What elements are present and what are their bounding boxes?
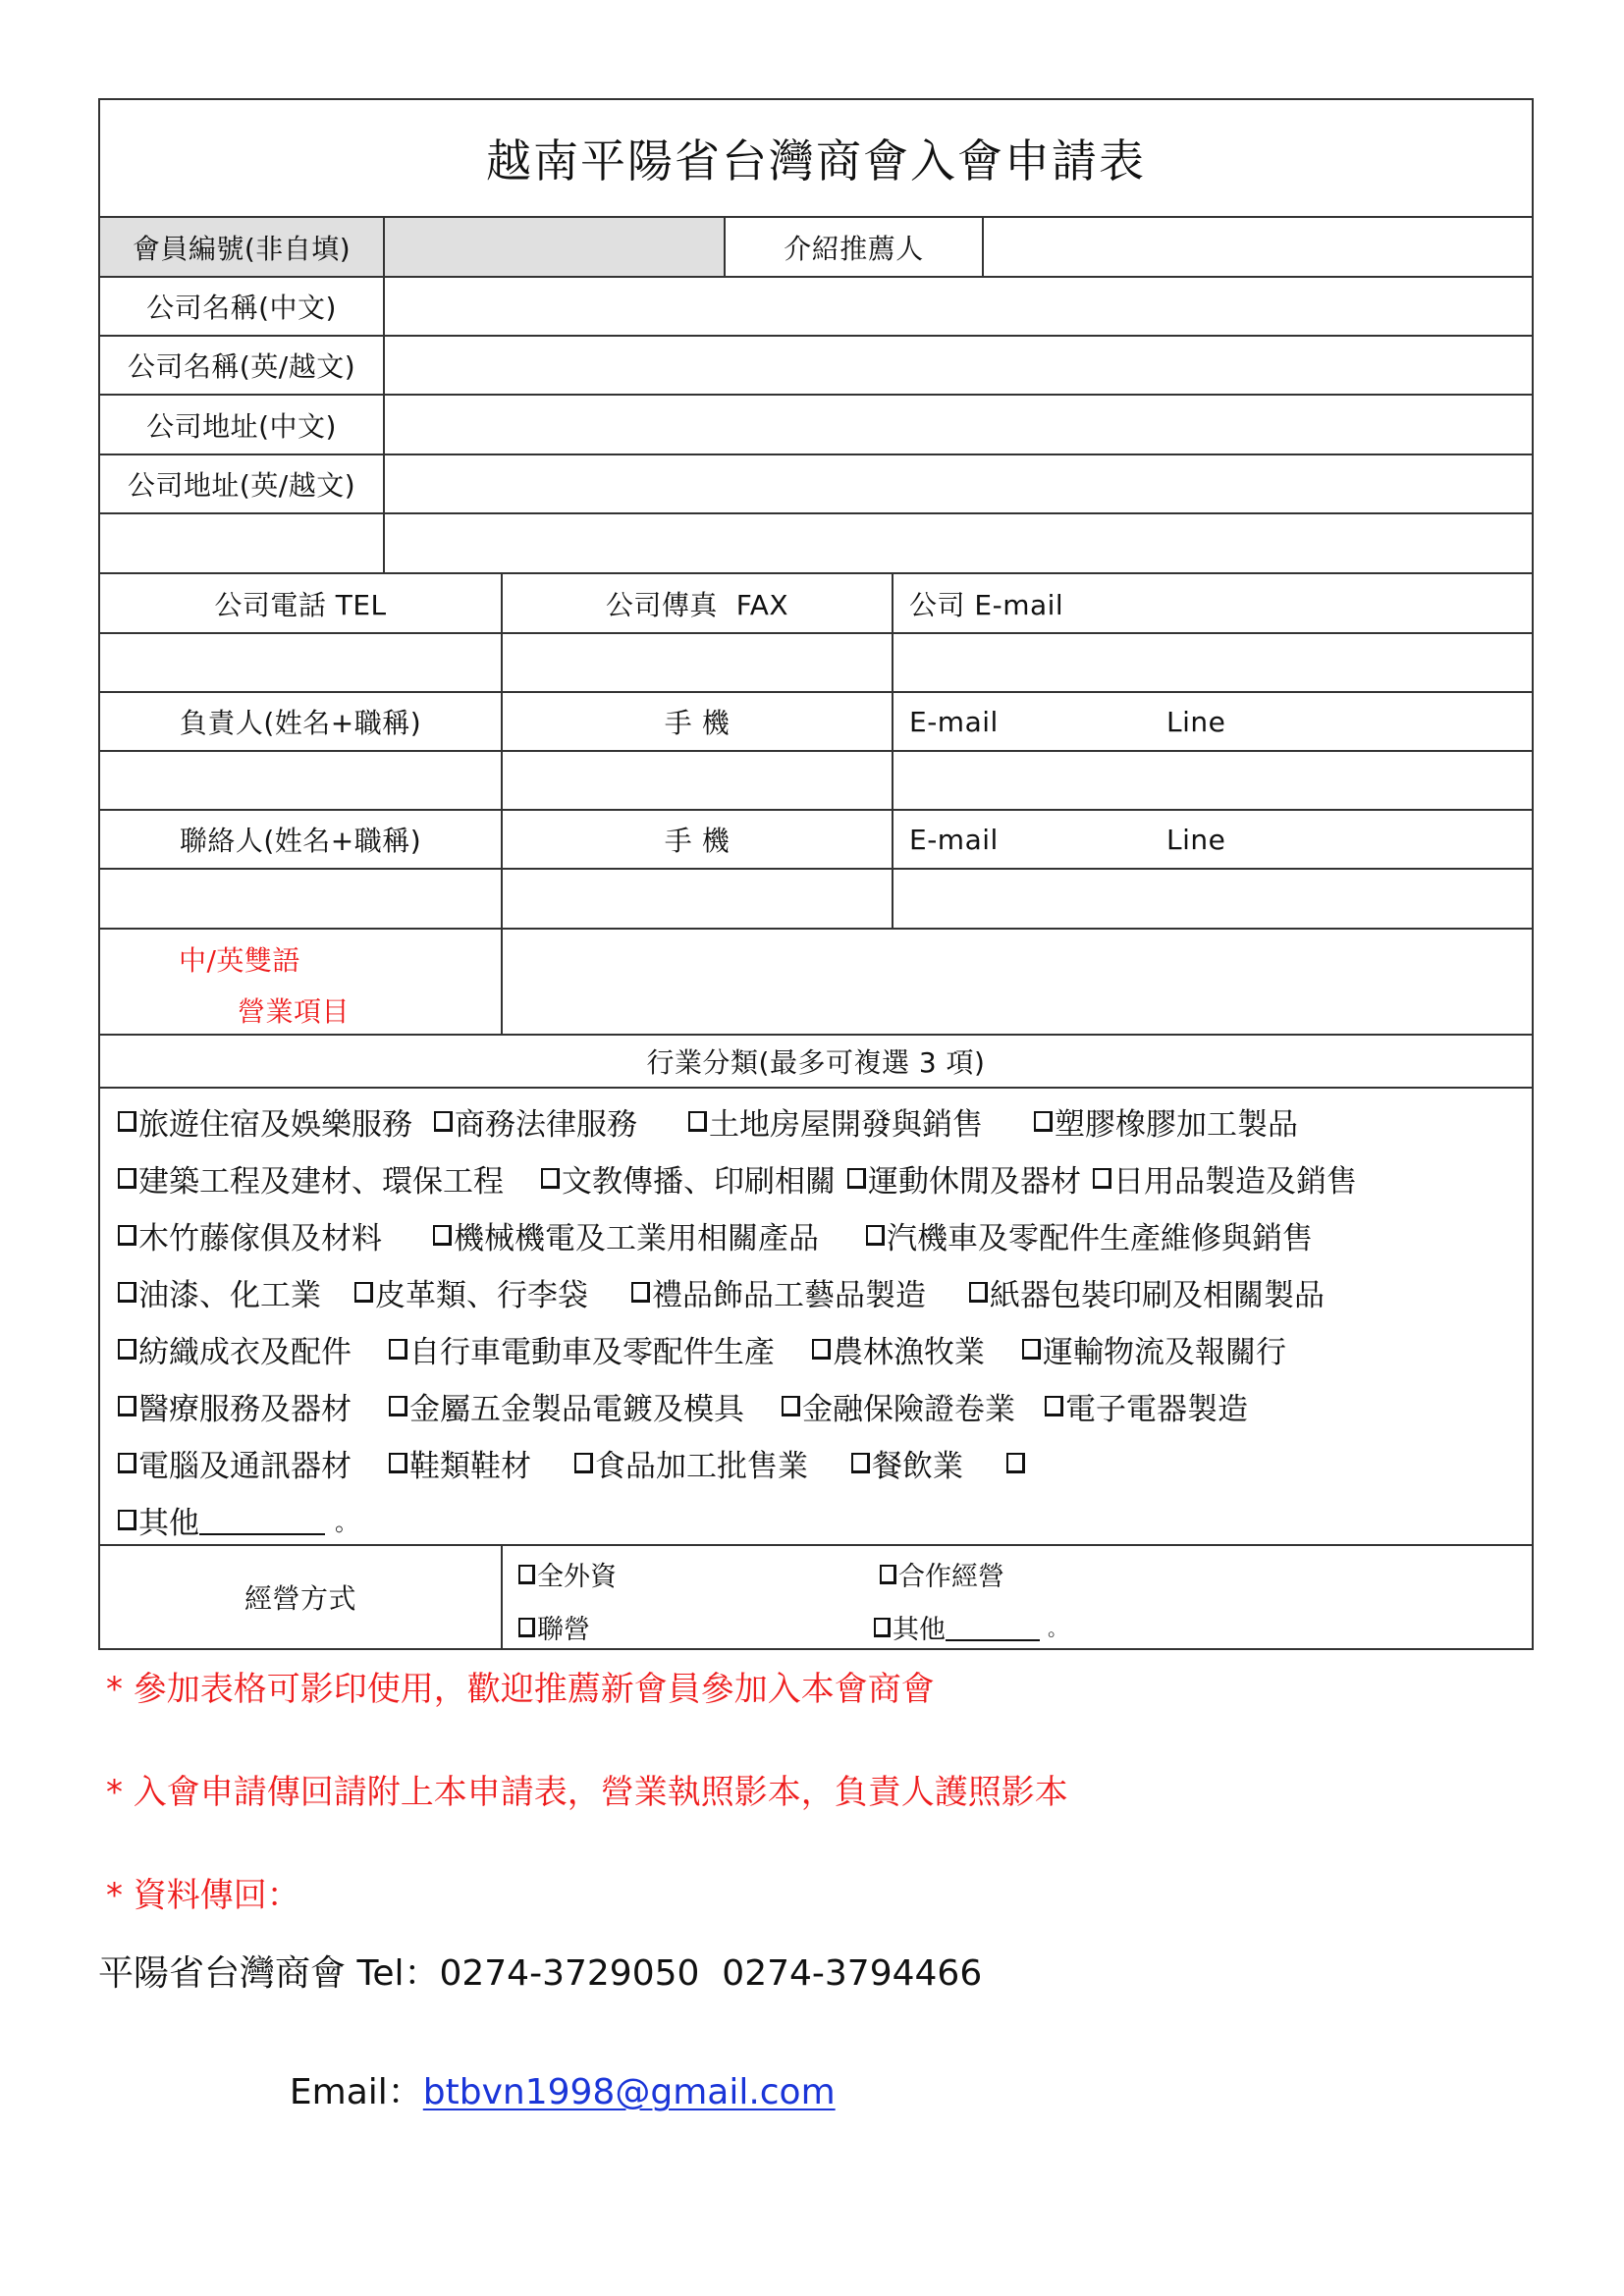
note-return-data: * 資料傳回： <box>106 1868 300 1916</box>
member-number-field[interactable] <box>383 216 726 278</box>
industry-option[interactable]: 土地房屋開發與銷售 <box>688 1099 983 1144</box>
checkbox-icon[interactable] <box>631 1282 650 1303</box>
company-name-zh-label: 公司名稱(中文) <box>146 287 337 326</box>
operation-label-cell: 經營方式 <box>98 1544 503 1650</box>
industry-option[interactable]: 塑膠橡膠加工製品 <box>1034 1099 1298 1144</box>
industry-option[interactable]: 紡織成衣及配件 <box>118 1327 352 1371</box>
checkbox-icon[interactable] <box>1045 1396 1063 1416</box>
contact-name-field[interactable] <box>98 868 503 930</box>
company-address-en-label-cell: 公司地址(英/越文) <box>98 454 385 514</box>
operation-label: 經營方式 <box>244 1577 356 1617</box>
company-name-en-label-cell: 公司名稱(英/越文) <box>98 335 385 396</box>
checkbox-icon[interactable] <box>541 1168 560 1189</box>
contact-email-line-field[interactable] <box>892 868 1534 930</box>
contact-mobile-field[interactable] <box>501 868 893 930</box>
industry-row-other: 其他 。 <box>118 1498 358 1542</box>
checkbox-icon[interactable] <box>1093 1168 1111 1189</box>
checkbox-icon[interactable] <box>782 1396 800 1416</box>
business-items-label-line1: 中/英雙語 <box>179 939 300 979</box>
company-tel-label-cell: 公司電話 TEL <box>98 572 503 634</box>
industry-row-7: 電腦及通訊器材 鞋類鞋材 食品加工批售業 餐飲業 <box>118 1441 1027 1485</box>
owner-name-field[interactable] <box>98 750 503 811</box>
extra-address-field[interactable] <box>383 512 1534 574</box>
company-name-en-field[interactable] <box>383 335 1534 396</box>
checkbox-icon[interactable] <box>880 1565 896 1584</box>
company-address-zh-label: 公司地址(中文) <box>146 405 337 445</box>
contact-label: 聯絡人(姓名+職稱) <box>180 820 421 859</box>
operation-option-other[interactable]: 其他 。 <box>874 1608 1067 1646</box>
referrer-field[interactable] <box>982 216 1534 278</box>
industry-option[interactable]: 皮革類、行李袋 <box>354 1270 588 1314</box>
checkbox-icon[interactable] <box>866 1225 885 1246</box>
industry-option[interactable]: 餐飲業 <box>851 1441 963 1485</box>
company-tel-field[interactable] <box>98 632 503 693</box>
checkbox-icon[interactable] <box>118 1339 136 1360</box>
checkbox-icon[interactable] <box>1034 1111 1053 1132</box>
owner-label-cell: 負責人(姓名+職稱) <box>98 691 503 752</box>
member-number-label-cell: 會員編號(非自填) <box>98 216 385 278</box>
checkbox-icon[interactable] <box>354 1282 373 1303</box>
industry-option[interactable]: 食品加工批售業 <box>574 1441 808 1485</box>
checkbox-icon[interactable] <box>1022 1339 1041 1360</box>
checkbox-icon[interactable] <box>118 1396 136 1416</box>
business-items-field[interactable] <box>501 928 1534 1036</box>
industry-header-cell: 行業分類(最多可複選 3 項) <box>98 1034 1534 1089</box>
checkbox-icon[interactable] <box>118 1510 136 1530</box>
member-number-label: 會員編號(非自填) <box>133 228 351 267</box>
note-copy-form: * 參加表格可影印使用，歡迎推薦新會員參加入本會商會 <box>106 1662 935 1710</box>
industry-option[interactable]: 金屬五金製品電鍍及模具 <box>389 1384 744 1428</box>
owner-label: 負責人(姓名+職稱) <box>180 702 421 741</box>
checkbox-icon[interactable] <box>118 1453 136 1473</box>
company-name-en-label: 公司名稱(英/越文) <box>128 346 355 385</box>
company-email-field[interactable] <box>892 632 1534 693</box>
operation-option-cooperative[interactable]: 合作經營 <box>880 1555 1004 1593</box>
industry-other-input[interactable] <box>199 1506 325 1535</box>
chamber-email-line: Email：btbvn1998@gmail.com <box>267 2024 836 2114</box>
operation-option-joint[interactable]: 聯營 <box>518 1608 590 1646</box>
company-email-label-cell: 公司 E-mail <box>892 572 1534 634</box>
industry-header: 行業分類(最多可複選 3 項) <box>647 1041 986 1081</box>
company-fax-label: 公司傳真 FAX <box>606 584 788 623</box>
industry-row-2: 建築工程及建材、環保工程 文教傳播、印刷相關 運動休閒及器材 日用品製造及銷售 <box>118 1156 1357 1201</box>
contact-mobile-label: 手 機 <box>665 820 730 859</box>
industry-option[interactable]: 木竹藤傢俱及材料 <box>118 1213 382 1257</box>
industry-option[interactable]: 運動休閒及器材 <box>847 1156 1081 1201</box>
company-address-en-field[interactable] <box>383 454 1534 514</box>
checkbox-icon[interactable] <box>874 1618 891 1637</box>
checkbox-icon[interactable] <box>118 1111 136 1132</box>
checkbox-icon[interactable] <box>969 1282 988 1303</box>
industry-option[interactable]: 金融保險證卷業 <box>782 1384 1015 1428</box>
industry-option[interactable]: 旅遊住宿及娛樂服務 <box>118 1099 412 1144</box>
industry-option-blank[interactable] <box>1006 1453 1027 1473</box>
industry-row-6: 醫療服務及器材 金屬五金製品電鍍及模具 金融保險證卷業 電子電器製造 <box>118 1384 1248 1428</box>
company-address-zh-field[interactable] <box>383 394 1534 455</box>
industry-option[interactable]: 自行車電動車及零配件生產 <box>389 1327 775 1371</box>
checkbox-icon[interactable] <box>851 1453 870 1473</box>
checkbox-icon[interactable] <box>433 1225 452 1246</box>
company-name-zh-field[interactable] <box>383 276 1534 337</box>
industry-row-5: 紡織成衣及配件 自行車電動車及零配件生產 農林漁牧業 運輸物流及報關行 <box>118 1327 1286 1371</box>
email-link[interactable]: btbvn1998@gmail.com <box>423 2072 836 2112</box>
owner-email-label: E-mail <box>909 706 1166 738</box>
checkbox-icon[interactable] <box>688 1111 707 1132</box>
form-title-cell: 越南平陽省台灣商會入會申請表 <box>98 98 1534 218</box>
industry-row-3: 木竹藤傢俱及材料 機械機電及工業用相關產品 汽機車及零配件生產維修與銷售 <box>118 1213 1313 1257</box>
industry-option[interactable]: 機械機電及工業用相關產品 <box>433 1213 819 1257</box>
owner-mobile-label-cell: 手 機 <box>501 691 893 752</box>
checkbox-icon[interactable] <box>118 1225 136 1246</box>
checkbox-icon[interactable] <box>389 1453 407 1473</box>
owner-email-line-field[interactable] <box>892 750 1534 811</box>
business-items-label-line2: 營業項目 <box>238 990 350 1030</box>
industry-option[interactable]: 紙器包裝印刷及相關製品 <box>969 1270 1325 1314</box>
checkbox-icon[interactable] <box>574 1453 593 1473</box>
industry-row-1: 旅遊住宿及娛樂服務 商務法律服務 土地房屋開發與銷售 塑膠橡膠加工製品 <box>118 1099 1298 1144</box>
company-tel-label: 公司電話 TEL <box>214 584 386 623</box>
checkbox-icon[interactable] <box>118 1168 136 1189</box>
operation-option-full-foreign[interactable]: 全外資 <box>518 1555 617 1593</box>
industry-option[interactable]: 運輸物流及報關行 <box>1022 1327 1286 1371</box>
checkbox-icon[interactable] <box>518 1565 535 1584</box>
company-fax-label-cell: 公司傳真 FAX <box>501 572 893 634</box>
business-items-label-cell: 中/英雙語 營業項目 <box>98 928 503 1036</box>
note-attachments: * 入會申請傳回請附上本申請表，營業執照影本，負責人護照影本 <box>106 1765 1068 1813</box>
contact-line-label: Line <box>1166 824 1225 856</box>
owner-mobile-label: 手 機 <box>665 702 730 741</box>
contact-label-cell: 聯絡人(姓名+職稱) <box>98 809 503 870</box>
industry-option[interactable]: 文教傳播、印刷相關 <box>541 1156 836 1201</box>
company-address-zh-label-cell: 公司地址(中文) <box>98 394 385 455</box>
industry-option[interactable]: 汽機車及零配件生產維修與銷售 <box>866 1213 1313 1257</box>
industry-option-other[interactable]: 其他 <box>118 1498 199 1542</box>
checkbox-icon[interactable] <box>389 1396 407 1416</box>
checkbox-icon[interactable] <box>118 1282 136 1303</box>
contact-mobile-label-cell: 手 機 <box>501 809 893 870</box>
operation-other-input[interactable] <box>946 1614 1040 1641</box>
contact-email-line-label-cell: E-mail Line <box>892 809 1534 870</box>
industry-option[interactable]: 電子電器製造 <box>1045 1384 1248 1428</box>
referrer-label: 介紹推薦人 <box>784 228 924 267</box>
empty-label-cell <box>98 512 385 574</box>
industry-option[interactable]: 商務法律服務 <box>434 1099 637 1144</box>
industry-option[interactable]: 日用品製造及銷售 <box>1093 1156 1357 1201</box>
industry-row-4: 油漆、化工業 皮革類、行李袋 禮品飾品工藝品製造 紙器包裝印刷及相關製品 <box>118 1270 1325 1314</box>
chamber-contact-line: 平陽省台灣商會 Tel：0274-3729050 0274-3794466 <box>98 1946 982 1996</box>
owner-mobile-field[interactable] <box>501 750 893 811</box>
checkbox-icon[interactable] <box>434 1111 453 1132</box>
industry-option[interactable]: 禮品飾品工藝品製造 <box>631 1270 926 1314</box>
checkbox-icon[interactable] <box>847 1168 866 1189</box>
industry-option[interactable]: 醫療服務及器材 <box>118 1384 352 1428</box>
email-label: Email： <box>290 2072 423 2112</box>
checkbox-icon[interactable] <box>812 1339 831 1360</box>
checkbox-icon[interactable] <box>1006 1453 1025 1473</box>
checkbox-icon[interactable] <box>389 1339 407 1360</box>
contact-email-label: E-mail <box>909 824 1166 856</box>
industry-option[interactable]: 建築工程及建材、環保工程 <box>118 1156 504 1201</box>
owner-email-line-label-cell: E-mail Line <box>892 691 1534 752</box>
form-title: 越南平陽省台灣商會入會申請表 <box>486 126 1146 190</box>
owner-line-label: Line <box>1166 706 1225 738</box>
checkbox-icon[interactable] <box>518 1618 535 1637</box>
company-address-en-label: 公司地址(英/越文) <box>128 464 355 504</box>
industry-option[interactable]: 油漆、化工業 <box>118 1270 321 1314</box>
industry-option[interactable]: 鞋類鞋材 <box>389 1441 531 1485</box>
referrer-label-cell: 介紹推薦人 <box>724 216 984 278</box>
industry-option[interactable]: 電腦及通訊器材 <box>118 1441 352 1485</box>
industry-option[interactable]: 農林漁牧業 <box>812 1327 985 1371</box>
company-email-label: 公司 E-mail <box>909 584 1063 623</box>
company-fax-field[interactable] <box>501 632 893 693</box>
company-name-zh-label-cell: 公司名稱(中文) <box>98 276 385 337</box>
